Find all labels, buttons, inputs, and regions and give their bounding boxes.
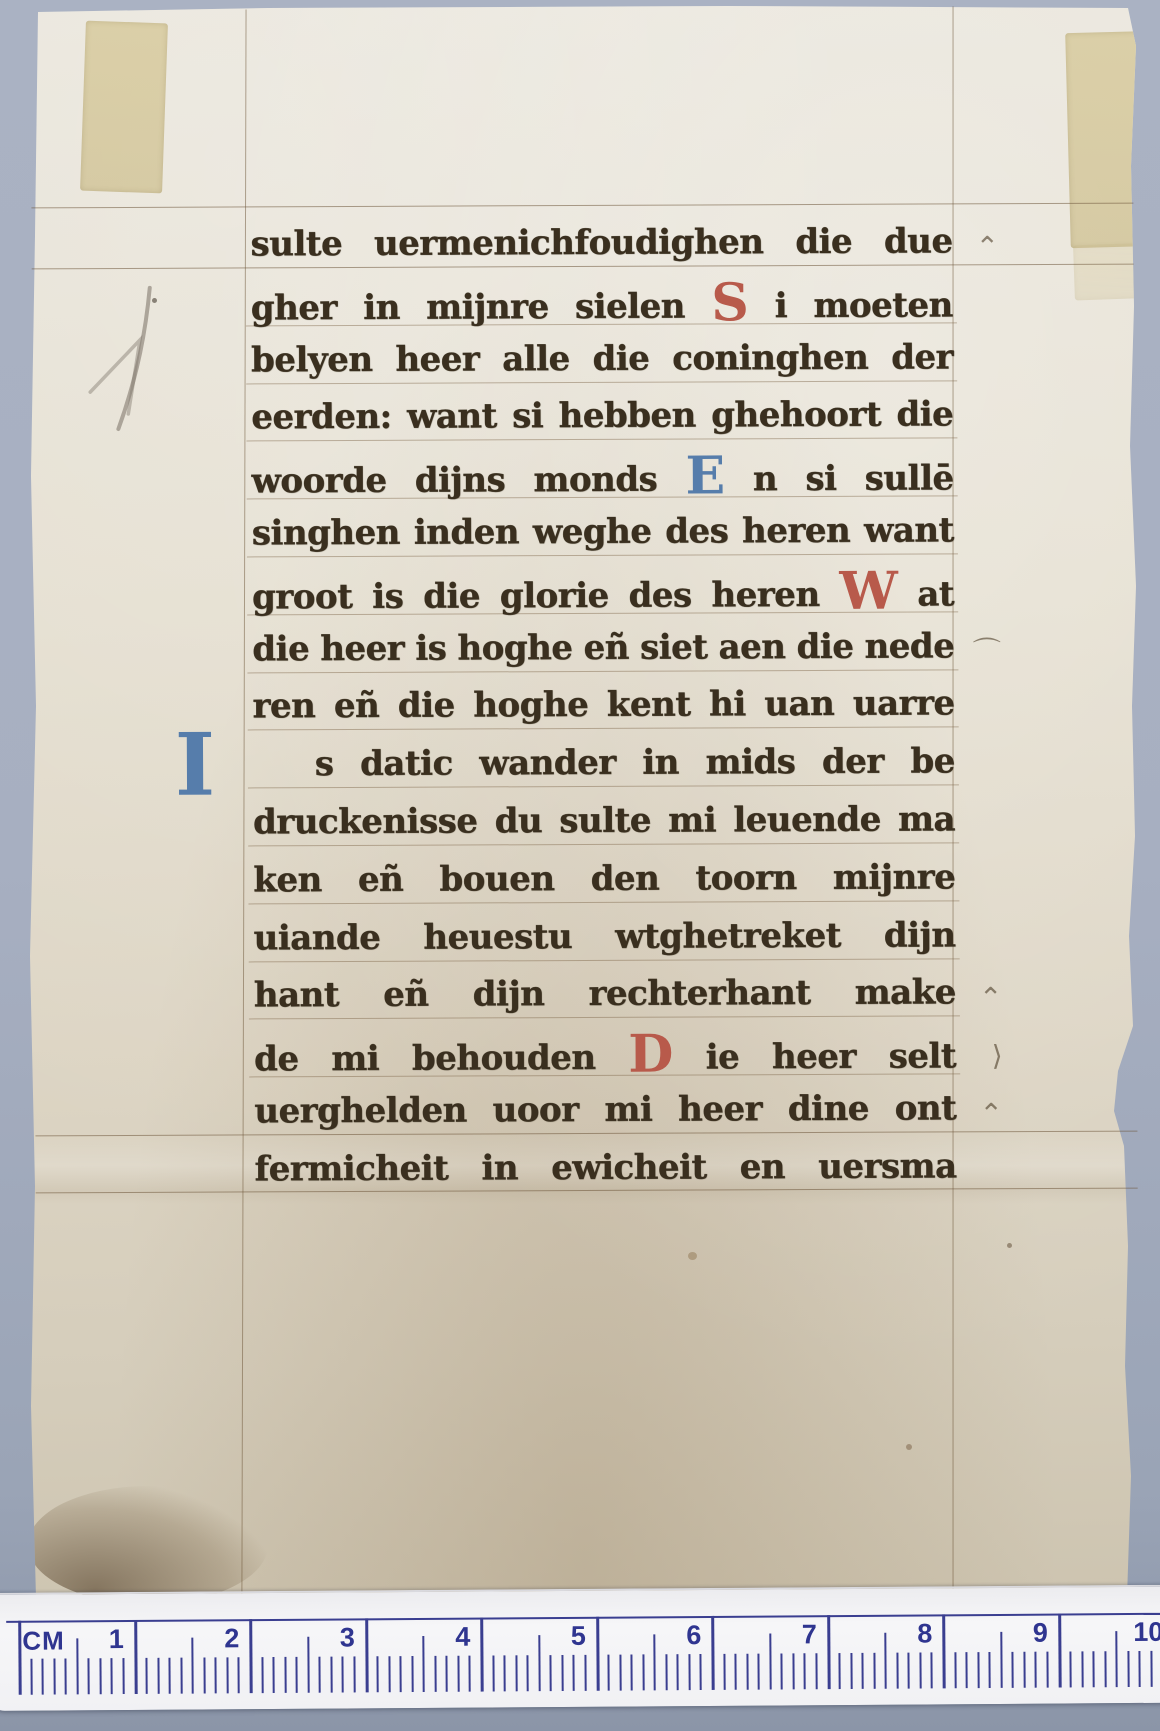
ruler-mm-tick	[515, 1655, 517, 1691]
word: want	[407, 392, 497, 442]
ruler-mm-tick	[1069, 1651, 1071, 1687]
manuscript-text-line: uergheldenuoormiheerdineont⌃	[254, 1083, 956, 1144]
ruler-mm-tick	[330, 1657, 332, 1693]
ruler-cm-line	[134, 1620, 138, 1694]
ruling-line-horizontal	[31, 203, 1133, 209]
ruler-mm-tick	[862, 1653, 864, 1689]
word: nede	[864, 621, 954, 671]
ruler-mm-tick	[99, 1658, 101, 1694]
word: uarre	[853, 679, 955, 729]
word: siet	[640, 622, 708, 672]
ruler-mm-tick	[388, 1656, 390, 1692]
ruler-cm-line	[827, 1615, 831, 1689]
word: mijnre	[426, 282, 549, 333]
ruler-mm-tick	[769, 1634, 771, 1690]
word: eñ	[583, 622, 629, 672]
ruler-mm-tick	[180, 1658, 182, 1694]
ruler-mm-tick	[157, 1658, 159, 1694]
illuminated-initial-red: S	[711, 278, 748, 328]
ruler-mm-tick	[203, 1657, 205, 1693]
ruler-number: 1	[84, 1624, 124, 1655]
ruler-mm-tick	[1093, 1651, 1095, 1687]
word: eñ	[358, 855, 404, 905]
word: die	[423, 571, 480, 621]
ruler-end-line	[18, 1621, 22, 1695]
word: glorie	[500, 571, 609, 621]
ruler-mm-tick	[376, 1656, 378, 1692]
word: belyen	[251, 334, 373, 385]
cm-ruler: CM 12345678910	[0, 1585, 1160, 1711]
ruler-mm-tick	[700, 1654, 702, 1690]
ruler-mm-tick	[146, 1658, 148, 1694]
ruler-mm-tick	[561, 1655, 563, 1691]
word: coninghen	[672, 332, 868, 383]
manuscript-text-line: sulteuermenichfoudighendiedue⌃	[250, 216, 952, 277]
word: si	[805, 454, 836, 504]
ruler-mm-tick	[1035, 1652, 1037, 1688]
illuminated-initial-blue: I	[175, 726, 215, 806]
ruler-mm-tick	[792, 1653, 794, 1689]
word: dijn	[473, 970, 545, 1020]
ruler-mm-tick	[1012, 1652, 1014, 1688]
word: eerden:	[251, 392, 392, 443]
ruling-lines	[0, 0, 1157, 3]
ruler-number: 7	[777, 1619, 817, 1650]
word: die	[796, 621, 853, 671]
word: weghe	[533, 507, 652, 558]
ruler-mm-tick	[76, 1638, 78, 1694]
manuscript-text-line: Isdaticwanderinmidsderbe	[253, 737, 955, 798]
scanned-photo: sulteuermenichfoudighendiedue⌃gherinmijn…	[0, 0, 1160, 1731]
ruler-number: 8	[892, 1618, 932, 1649]
ruler-mm-tick	[838, 1653, 840, 1689]
ruler-mm-tick	[527, 1655, 529, 1691]
word: si	[512, 392, 543, 442]
word: heer	[320, 623, 404, 673]
ruler-mm-tick	[584, 1655, 586, 1691]
word: moeten	[813, 280, 953, 331]
ruler-mm-tick	[550, 1655, 552, 1691]
ruler-mm-tick	[966, 1652, 968, 1688]
word: en	[740, 1142, 786, 1192]
word: sielen	[575, 281, 685, 331]
manuscript-text-line: uiandeheuestuwtghetreketdijn	[253, 910, 955, 971]
word: selt	[889, 1032, 957, 1082]
ruler-mm-tick	[492, 1655, 494, 1691]
ruler-mm-tick	[273, 1657, 275, 1693]
ruler-mm-tick	[1081, 1651, 1083, 1687]
word: inden	[414, 507, 519, 557]
word: den	[591, 853, 660, 903]
ruler-mm-tick	[654, 1634, 656, 1690]
ruler-number: 6	[661, 1620, 701, 1651]
ruler-mm-tick	[665, 1654, 667, 1690]
ruler-mm-tick	[1104, 1651, 1106, 1687]
ruler-unit-label: CM	[22, 1625, 65, 1656]
word: uersma	[818, 1141, 957, 1192]
word: ken	[253, 855, 322, 905]
ruler-mm-tick	[1000, 1632, 1002, 1688]
word: ren	[252, 682, 315, 732]
word: n	[753, 454, 777, 504]
word: druckenisse	[253, 796, 478, 847]
text-block: sulteuermenichfoudighendiedue⌃gherinmijn…	[250, 216, 956, 1229]
word: i	[775, 281, 788, 331]
word: dijn	[884, 910, 956, 960]
word: toorn	[695, 853, 796, 903]
word: die	[896, 390, 953, 440]
word: des	[665, 506, 728, 556]
manuscript-text-line: keneñbouendentoornmijnre	[253, 852, 955, 913]
word: woorde	[251, 456, 386, 507]
ruler-cm-line	[711, 1616, 715, 1690]
word: du	[495, 796, 543, 846]
ruler-mm-tick	[642, 1654, 644, 1690]
word: hebben	[558, 391, 695, 442]
ruler-mm-tick	[192, 1638, 194, 1694]
ruler-mm-tick	[538, 1635, 540, 1691]
manuscript-text-line: singhenindenweghedesherenwant	[252, 505, 954, 566]
word: heer	[772, 1032, 856, 1082]
pen-mark: ⌒	[973, 627, 1001, 677]
word: singhen	[252, 508, 400, 559]
ruler-cm-line	[942, 1614, 946, 1688]
ruler-number: 9	[1008, 1618, 1048, 1649]
ruler-mm-tick	[30, 1659, 32, 1695]
ruler-mm-tick	[423, 1636, 425, 1692]
manuscript-text-line: demibehoudenDieheerselt⟩	[254, 1026, 956, 1087]
word: hoghe	[457, 623, 572, 674]
pen-mark: ⌃	[979, 974, 1002, 1024]
ruling-line-vertical-left	[241, 9, 246, 1595]
word: alle	[502, 334, 570, 384]
ruler-mm-tick	[619, 1655, 621, 1691]
word: hi	[709, 680, 746, 730]
ruler-mm-tick	[931, 1652, 933, 1688]
ruler-mm-tick	[1150, 1651, 1152, 1687]
ruler-mm-tick	[1116, 1631, 1118, 1687]
word: datic	[360, 739, 453, 789]
word: hant	[254, 970, 339, 1020]
word: eñ	[383, 970, 429, 1020]
word: monds	[533, 455, 657, 506]
word: mi	[331, 1034, 379, 1084]
word: die	[398, 681, 455, 731]
ruler-mm-tick	[53, 1659, 55, 1695]
ruler-mm-tick	[446, 1656, 448, 1692]
word: rechterhant	[588, 968, 810, 1019]
word: hoghe	[473, 680, 588, 731]
ruler-mm-tick	[758, 1654, 760, 1690]
word: groot	[252, 572, 352, 622]
word: wander	[479, 738, 616, 789]
ruler-mm-tick	[723, 1654, 725, 1690]
illuminated-initial-red: D	[628, 1030, 673, 1080]
word: kent	[607, 680, 691, 730]
word: die	[795, 217, 852, 267]
pen-mark: ⌃	[979, 1089, 1002, 1139]
ruler-mm-tick	[873, 1653, 875, 1689]
ruler-mm-tick	[434, 1656, 436, 1692]
word: die	[252, 624, 309, 674]
word: mi	[604, 1085, 652, 1135]
word: in	[363, 283, 400, 333]
leaf-content: sulteuermenichfoudighendiedue⌃gherinmijn…	[0, 0, 1160, 1731]
word: make	[855, 968, 956, 1018]
ruler-mm-tick	[42, 1659, 44, 1695]
ruler-mm-tick	[1023, 1652, 1025, 1688]
word: heer	[678, 1084, 762, 1134]
word: heren	[711, 570, 819, 620]
word: ont	[895, 1083, 957, 1133]
ruler-mm-tick	[1127, 1651, 1129, 1687]
ruler-mm-tick	[908, 1653, 910, 1689]
word: aen	[718, 622, 785, 672]
ruler-mm-tick	[238, 1657, 240, 1693]
ruler-mm-tick	[1139, 1651, 1141, 1687]
word: due	[884, 216, 953, 266]
word: uan	[764, 679, 834, 729]
manuscript-text-line: dieheerishogheeñsietaendienede⌒	[252, 621, 954, 682]
word: uerghelden	[254, 1085, 467, 1136]
ruler-mm-tick	[989, 1652, 991, 1688]
ruler-mm-tick	[215, 1657, 217, 1693]
ruler-mm-tick	[954, 1652, 956, 1688]
word: ghehoort	[711, 390, 881, 441]
word: ma	[898, 794, 955, 844]
word: uiande	[253, 912, 380, 963]
word: is	[415, 623, 446, 673]
ruler-mm-tick	[885, 1633, 887, 1689]
ruler-mm-tick	[677, 1654, 679, 1690]
ruler-cm-line	[1058, 1614, 1062, 1688]
word: ie	[706, 1032, 740, 1082]
word: der	[822, 737, 884, 787]
word: eñ	[334, 681, 380, 731]
word: dine	[788, 1084, 869, 1134]
word: ewicheit	[551, 1142, 707, 1193]
ruler-mm-tick	[896, 1653, 898, 1689]
ruler-mm-tick	[353, 1656, 355, 1692]
ruler-mm-tick	[746, 1654, 748, 1690]
word: fermicheit	[254, 1143, 448, 1194]
manuscript-text-line: eerden:wantsihebbenghehoortdie	[251, 390, 953, 451]
pencil-mark	[68, 274, 209, 455]
word: in	[642, 738, 679, 788]
ruler-number: 4	[430, 1622, 470, 1653]
ruler-mm-tick	[457, 1656, 459, 1692]
manuscript-text-line: fermicheitinewicheitenuersma	[254, 1141, 956, 1202]
ruler-mm-tick	[284, 1657, 286, 1693]
word: bouen	[439, 854, 554, 905]
word: sulte	[250, 219, 342, 269]
manuscript-text-line: grootisdiegloriedesherenWat	[252, 563, 954, 624]
ruler-number: 3	[315, 1622, 355, 1653]
word: mijnre	[833, 852, 956, 903]
word: wtghetreket	[615, 910, 841, 961]
word: heuestu	[423, 912, 572, 963]
ruler-mm-tick	[804, 1653, 806, 1689]
illuminated-initial-blue: E	[685, 452, 724, 502]
ruler-mm-tick	[781, 1653, 783, 1689]
word: uoor	[492, 1085, 578, 1135]
word: die	[592, 333, 649, 383]
ruler-number: 10	[1123, 1617, 1160, 1648]
manuscript-text-line: woordedijnsmondsEnsisullē	[251, 448, 953, 509]
ruler-mm-tick	[296, 1657, 298, 1693]
word: want	[864, 505, 954, 555]
word: sulte	[559, 796, 651, 846]
ruler-mm-tick	[122, 1658, 124, 1694]
ruler-mm-tick	[504, 1655, 506, 1691]
cm-ruler-scale: CM 12345678910	[0, 1587, 1160, 1711]
ruler-mm-tick	[169, 1658, 171, 1694]
word: mids	[705, 737, 795, 787]
ruler-mm-tick	[919, 1652, 921, 1688]
ruler-mm-tick	[411, 1656, 413, 1692]
ruler-mm-tick	[607, 1655, 609, 1691]
word: heren	[742, 506, 850, 556]
manuscript-text-line: hanteñdijnrechterhantmake⌃	[254, 968, 956, 1029]
word: dijns	[415, 456, 506, 506]
ruler-number: 2	[199, 1623, 239, 1654]
ruler-mm-tick	[111, 1658, 113, 1694]
ruler-cm-line	[249, 1619, 253, 1693]
word: s	[315, 739, 334, 789]
word: leuende	[733, 795, 881, 846]
ruler-mm-tick	[400, 1656, 402, 1692]
word: be	[910, 737, 955, 787]
word: behouden	[412, 1033, 596, 1084]
ruler-mm-tick	[342, 1657, 344, 1693]
word: heer	[395, 334, 479, 384]
ruler-mm-tick	[226, 1657, 228, 1693]
ruler-mm-tick	[850, 1653, 852, 1689]
ruler-mm-tick	[319, 1657, 321, 1693]
ruler-mm-tick	[688, 1654, 690, 1690]
ruler-cm-line	[480, 1618, 484, 1692]
word: at	[917, 569, 954, 619]
word: gher	[251, 283, 337, 333]
ruler-number: 5	[546, 1621, 586, 1652]
manuscript-text-line: reneñdiehoghekenthiuanuarre	[252, 679, 954, 740]
ruler-mm-tick	[815, 1653, 817, 1689]
word: de	[254, 1034, 299, 1084]
word: uermenichfoudighen	[374, 217, 764, 269]
ruler-cm-line	[596, 1617, 600, 1691]
word: mi	[668, 795, 716, 845]
word: der	[891, 332, 953, 382]
ruler-mm-tick	[65, 1658, 67, 1694]
pen-mark: ⟩	[992, 1031, 1003, 1081]
ruler-mm-tick	[977, 1652, 979, 1688]
pen-mark: ⌃	[976, 222, 999, 272]
word: des	[628, 570, 691, 620]
manuscript-text-line: gherinmijnresielenSimoeten	[251, 274, 953, 335]
ruler-mm-tick	[469, 1656, 471, 1692]
manuscript-text-line: druckenissedusultemileuendema	[253, 794, 955, 855]
ruler-mm-tick	[735, 1654, 737, 1690]
word: is	[372, 572, 403, 622]
ruler-mm-tick	[573, 1655, 575, 1691]
ruler-mm-tick	[307, 1637, 309, 1693]
ruler-mm-tick	[261, 1657, 263, 1693]
ruler-mm-tick	[631, 1655, 633, 1691]
illuminated-initial-red: W	[839, 566, 897, 616]
word: sullē	[865, 454, 954, 504]
manuscript-text-line: belyenheeralledieconinghender	[251, 332, 953, 393]
ruler-cm-line	[365, 1618, 369, 1692]
word: in	[481, 1143, 518, 1193]
ruler-mm-tick	[1046, 1652, 1048, 1688]
ruler-mm-tick	[88, 1658, 90, 1694]
